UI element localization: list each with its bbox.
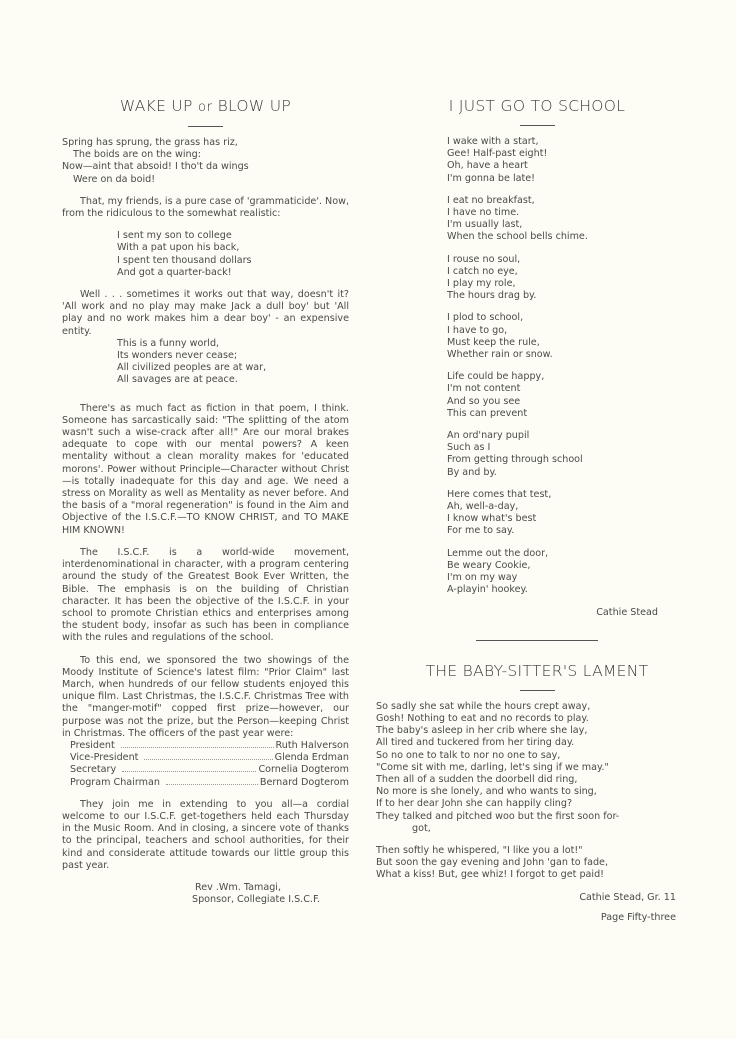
poem-line: I eat no breakfast, xyxy=(447,195,668,207)
poem-stanza: I eat no breakfast,I have no time.I'm us… xyxy=(447,195,668,244)
poem-line: The hours drag by. xyxy=(447,290,668,302)
verse-line: The boids are on the wing: xyxy=(62,149,349,161)
poem-title-lament: THE BABY-SITTER'S LAMENT xyxy=(406,661,668,681)
opening-verse: Spring has sprung, the grass has riz,The… xyxy=(62,137,349,186)
school-poem-body: I wake with a start,Gee! Half-past eight… xyxy=(406,136,668,597)
poem-line: Gee! Half-past eight! xyxy=(447,148,668,160)
officer-name: Bernard Dogterom xyxy=(260,777,349,789)
poem-line: Then all of a sudden the doorbell did ri… xyxy=(376,774,676,786)
lament-stanza-2: Then softly he whispered, "I like you a … xyxy=(376,845,676,882)
poem-line: No more is she lonely, and who wants to … xyxy=(376,786,676,798)
poem-line: I have no time. xyxy=(447,207,668,219)
poem-line: If to her dear John she can happily clin… xyxy=(376,798,676,810)
paragraph-grammaticide: That, my friends, is a pure case of 'gra… xyxy=(62,196,349,220)
poem-line: I'm not content xyxy=(447,383,668,395)
poem-line: They talked and pitched woo but the firs… xyxy=(376,811,676,823)
right-column: I JUST GO TO SCHOOL I wake with a start,… xyxy=(406,96,668,934)
poem-title-school: I JUST GO TO SCHOOL xyxy=(406,96,668,116)
poem-line: got, xyxy=(376,823,676,835)
poem-line: I'm usually last, xyxy=(447,219,668,231)
poem-line: By and by. xyxy=(447,467,668,479)
signature-block: Rev .Wm. Tamagi, Sponsor, Collegiate I.S… xyxy=(192,882,349,906)
officers-list: PresidentRuth HalversonVice-PresidentGle… xyxy=(62,740,349,789)
poem-line: A-playin' hookey. xyxy=(447,584,668,596)
dot-leader xyxy=(122,771,256,772)
poem-line: All tired and tuckered from her tiring d… xyxy=(376,737,676,749)
title-part-1: WAKE UP xyxy=(120,97,193,115)
officer-role: Secretary xyxy=(70,764,116,776)
lament-poem-author: Cathie Stead, Gr. 11 xyxy=(376,892,676,904)
verse-line: Were on da boid! xyxy=(62,174,349,186)
officer-role: Vice-President xyxy=(70,752,138,764)
officer-name: Ruth Halverson xyxy=(276,740,349,752)
poem-line: From getting through school xyxy=(447,454,668,466)
poem-line: But soon the gay evening and John 'gan t… xyxy=(376,857,676,869)
paragraph-expensive-entity: Well . . . sometimes it works out that w… xyxy=(62,289,349,338)
lament-title-underline-rule xyxy=(520,690,555,691)
poem-line: I know what's best xyxy=(447,513,668,525)
poem-line: When the school bells chime. xyxy=(447,231,668,243)
dot-leader xyxy=(166,784,258,785)
poem-line: Life could be happy, xyxy=(447,371,668,383)
page-number: Page Fifty-three xyxy=(376,912,676,924)
verse-line: With a pat upon his back, xyxy=(117,242,349,254)
poem-line: I'm gonna be late! xyxy=(447,173,668,185)
verse-line: This is a funny world, xyxy=(117,338,349,350)
poem-line: Gosh! Nothing to eat and no records to p… xyxy=(376,713,676,725)
poem-line: So sadly she sat while the hours crept a… xyxy=(376,701,676,713)
poem-stanza: I rouse no soul,I catch no eye,I play my… xyxy=(447,254,668,303)
college-verse: I sent my son to collegeWith a pat upon … xyxy=(62,230,349,279)
school-poem-author: Cathie Stead xyxy=(406,607,668,619)
officer-row: Vice-PresidentGlenda Erdman xyxy=(62,752,349,764)
officer-role: Program Chairman xyxy=(70,777,160,789)
poem-line: I rouse no soul, xyxy=(447,254,668,266)
poem-line: Ah, well-a-day, xyxy=(447,501,668,513)
verse-line: All civilized peoples are at war, xyxy=(117,362,349,374)
poem-line: I have to go, xyxy=(447,325,668,337)
poem-line: Such as I xyxy=(447,442,668,454)
verse-line: And got a quarter-back! xyxy=(117,267,349,279)
poem-line: Be weary Cookie, xyxy=(447,560,668,572)
poem-line: What a kiss! But, gee whiz! I forgot to … xyxy=(376,869,676,881)
poem-line: I play my role, xyxy=(447,278,668,290)
poem-line: And so you see xyxy=(447,396,668,408)
verse-line: I sent my son to college xyxy=(117,230,349,242)
paragraph-iscf-movement: The I.S.C.F. is a world-wide movement, i… xyxy=(62,547,349,645)
lament-poem-body: So sadly she sat while the hours crept a… xyxy=(376,701,676,924)
poem-line: I plod to school, xyxy=(447,312,668,324)
poem-title-underline-rule xyxy=(520,125,555,126)
section-divider-rule xyxy=(476,640,598,641)
funny-world-verse: This is a funny world,Its wonders never … xyxy=(62,338,349,387)
yearbook-page: WAKE UP or BLOW UP Spring has sprung, th… xyxy=(0,0,736,1039)
verse-line: Now—aint that absoid! I tho't da wings xyxy=(62,161,349,173)
signature-title: Sponsor, Collegiate I.S.C.F. xyxy=(192,894,349,906)
poem-line: Here comes that test, xyxy=(447,489,668,501)
poem-stanza: Lemme out the door,Be weary Cookie,I'm o… xyxy=(447,548,668,597)
poem-line: Must keep the rule, xyxy=(447,337,668,349)
officer-row: PresidentRuth Halverson xyxy=(62,740,349,752)
left-column-article: WAKE UP or BLOW UP Spring has sprung, th… xyxy=(62,96,349,906)
verse-line: Spring has sprung, the grass has riz, xyxy=(62,137,349,149)
poem-stanza: An ord'nary pupilSuch as IFrom getting t… xyxy=(447,430,668,479)
poem-line: This can prevent xyxy=(447,408,668,420)
officer-row: SecretaryCornelia Dogterom xyxy=(62,764,349,776)
paragraph-morality: There's as much fact as fiction in that … xyxy=(62,403,349,537)
poem-stanza: I plod to school,I have to go,Must keep … xyxy=(447,312,668,361)
verse-line: Its wonders never cease; xyxy=(117,350,349,362)
officer-role: President xyxy=(70,740,115,752)
poem-line: Oh, have a heart xyxy=(447,160,668,172)
verse-line: I spent ten thousand dollars xyxy=(117,255,349,267)
verse-line: All savages are at peace. xyxy=(117,374,349,386)
dot-leader xyxy=(144,759,272,760)
poem-line: "Come sit with me, darling, let's sing i… xyxy=(376,762,676,774)
poem-line: Whether rain or snow. xyxy=(447,349,668,361)
paragraph-film-and-tree: To this end, we sponsored the two showin… xyxy=(62,655,349,740)
paragraph-closing-thanks: They join me in extending to you all—a c… xyxy=(62,799,349,872)
poem-line: An ord'nary pupil xyxy=(447,430,668,442)
poem-line: The baby's asleep in her crib where she … xyxy=(376,725,676,737)
signature-name: Rev .Wm. Tamagi, xyxy=(192,882,349,894)
title-part-2: BLOW UP xyxy=(218,97,291,115)
dot-leader xyxy=(121,747,274,748)
article-title: WAKE UP or BLOW UP xyxy=(62,96,349,117)
poem-line: I'm on my way xyxy=(447,572,668,584)
poem-stanza: Here comes that test,Ah, well-a-day,I kn… xyxy=(447,489,668,538)
title-connector: or xyxy=(198,99,212,115)
lament-stanza-1: So sadly she sat while the hours crept a… xyxy=(376,701,676,835)
officer-name: Cornelia Dogterom xyxy=(258,764,349,776)
poem-stanza: I wake with a start,Gee! Half-past eight… xyxy=(447,136,668,185)
poem-line: For me to say. xyxy=(447,525,668,537)
officer-row: Program ChairmanBernard Dogterom xyxy=(62,777,349,789)
poem-line: I catch no eye, xyxy=(447,266,668,278)
poem-line: I wake with a start, xyxy=(447,136,668,148)
poem-line: So no one to talk to nor no one to say, xyxy=(376,750,676,762)
title-underline-rule xyxy=(188,126,223,127)
poem-line: Lemme out the door, xyxy=(447,548,668,560)
officer-name: Glenda Erdman xyxy=(275,752,349,764)
poem-line: Then softly he whispered, "I like you a … xyxy=(376,845,676,857)
poem-stanza: Life could be happy,I'm not contentAnd s… xyxy=(447,371,668,420)
